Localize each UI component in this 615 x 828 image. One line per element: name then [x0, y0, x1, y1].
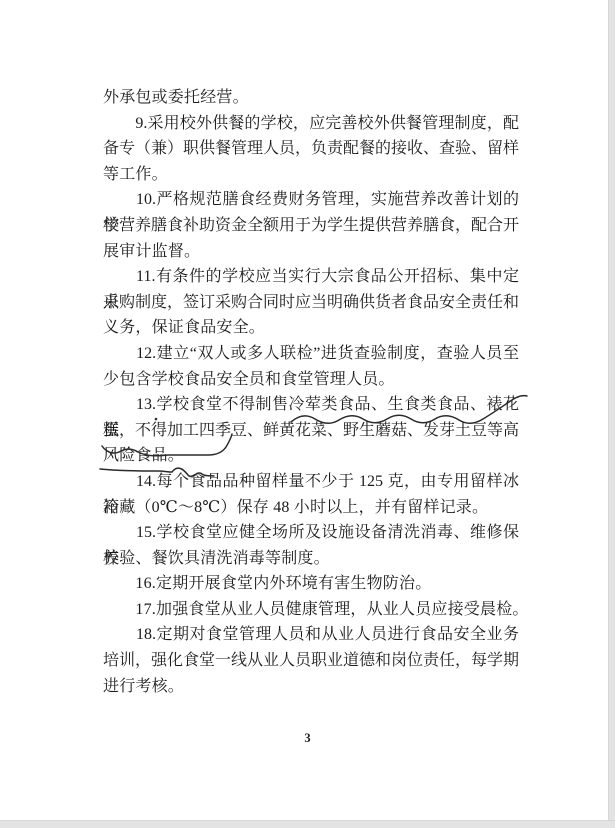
text-line: 展审计监督。 [103, 239, 519, 265]
text-line: 糕，不得加工四季豆、鲜黄花菜、野生蘑菇、发芽土豆等高 [103, 418, 519, 444]
text-line: 备专（兼）职供餐管理人员，负责配餐的接收、查验、留样 [103, 136, 519, 162]
text-line: 校验、餐饮具清洗消毒等制度。 [103, 546, 519, 572]
text-line: 外承包或委托经营。 [103, 85, 519, 111]
text-line: 18.定期对食堂管理人员和从业人员进行食品安全业务 [103, 622, 519, 648]
text-line: 少包含学校食品安全员和食堂管理人员。 [103, 367, 519, 393]
text-line: 义务，保证食品安全。 [103, 315, 519, 341]
text-line: 进行考核。 [103, 674, 519, 700]
scanned-document-page: 外承包或委托经营。 9.采用校外供餐的学校，应完善校外供餐管理制度，配 备专（兼… [0, 0, 615, 828]
text-line: 采购制度，签订采购合同时应当明确供货者食品安全责任和 [103, 290, 519, 316]
text-line: 11.有条件的学校应当实行大宗食品公开招标、集中定点 [103, 264, 519, 290]
text-line: 风险食品。 [103, 443, 519, 469]
scan-edge-shadow-bottom [0, 820, 615, 828]
page-number: 3 [0, 731, 615, 746]
text-line: 冷藏（0℃～8℃）保存 48 小时以上，并有留样记录。 [103, 495, 519, 521]
text-line: 16.定期开展食堂内外环境有害生物防治。 [103, 571, 519, 597]
text-line: 校营养膳食补助资金全额用于为学生提供营养膳食，配合开 [103, 213, 519, 239]
text-line: 17.加强食堂从业人员健康管理，从业人员应接受晨检。 [103, 597, 519, 623]
text-line: 13.学校食堂不得制售冷荤类食品、生食类食品、裱花蛋 [103, 392, 519, 418]
text-line: 培训，强化食堂一线从业人员职业道德和岗位责任，每学期 [103, 648, 519, 674]
text-line: 14.每个食品品种留样量不少于 125 克，由专用留样冰箱 [103, 469, 519, 495]
text-line: 15.学校食堂应健全场所及设施设备清洗消毒、维修保养 [103, 520, 519, 546]
text-line: 等工作。 [103, 162, 519, 188]
text-line: 9.采用校外供餐的学校，应完善校外供餐管理制度，配 [103, 111, 519, 137]
document-body: 外承包或委托经营。 9.采用校外供餐的学校，应完善校外供餐管理制度，配 备专（兼… [103, 85, 519, 699]
text-line: 12.建立“双人或多人联检”进货查验制度，查验人员至 [103, 341, 519, 367]
text-line: 10.严格规范膳食经费财务管理，实施营养改善计划的学 [103, 187, 519, 213]
scan-edge-shadow-right [608, 0, 615, 828]
